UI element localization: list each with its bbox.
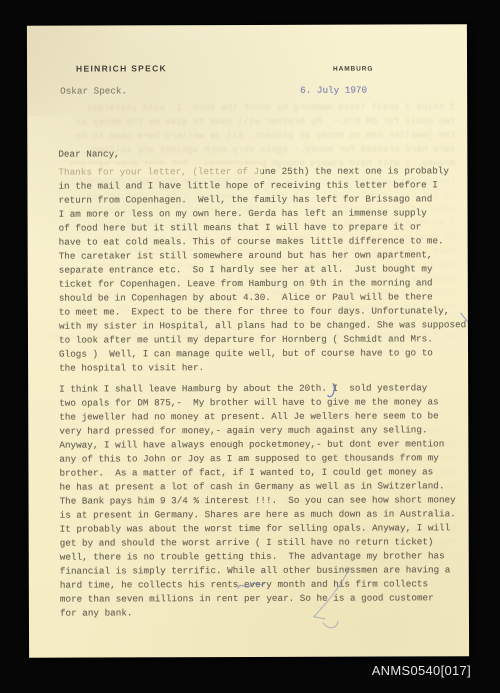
catalog-label: ANMS0540[017] [372,663,471,678]
letter-paragraph-1: Thanks for your letter, (letter of June … [58,164,473,375]
letter-page: I think I shall leave Hamburg by about t… [27,24,469,658]
scan-background: I think I shall leave Hamburg by about t… [0,0,500,693]
letterhead-city: HAMBURG [333,66,373,73]
addressee-line: Oskar Speck. [60,84,127,98]
date-line: 6. July 1970 [300,84,367,98]
ink-stroke-loop [323,622,338,628]
letterhead-sender-name: HEINRICH SPECK [76,63,167,73]
salutation: Dear Nancy, [58,147,119,161]
letter-paragraph-2: I think I shall leave Hamburg by about t… [59,381,474,620]
